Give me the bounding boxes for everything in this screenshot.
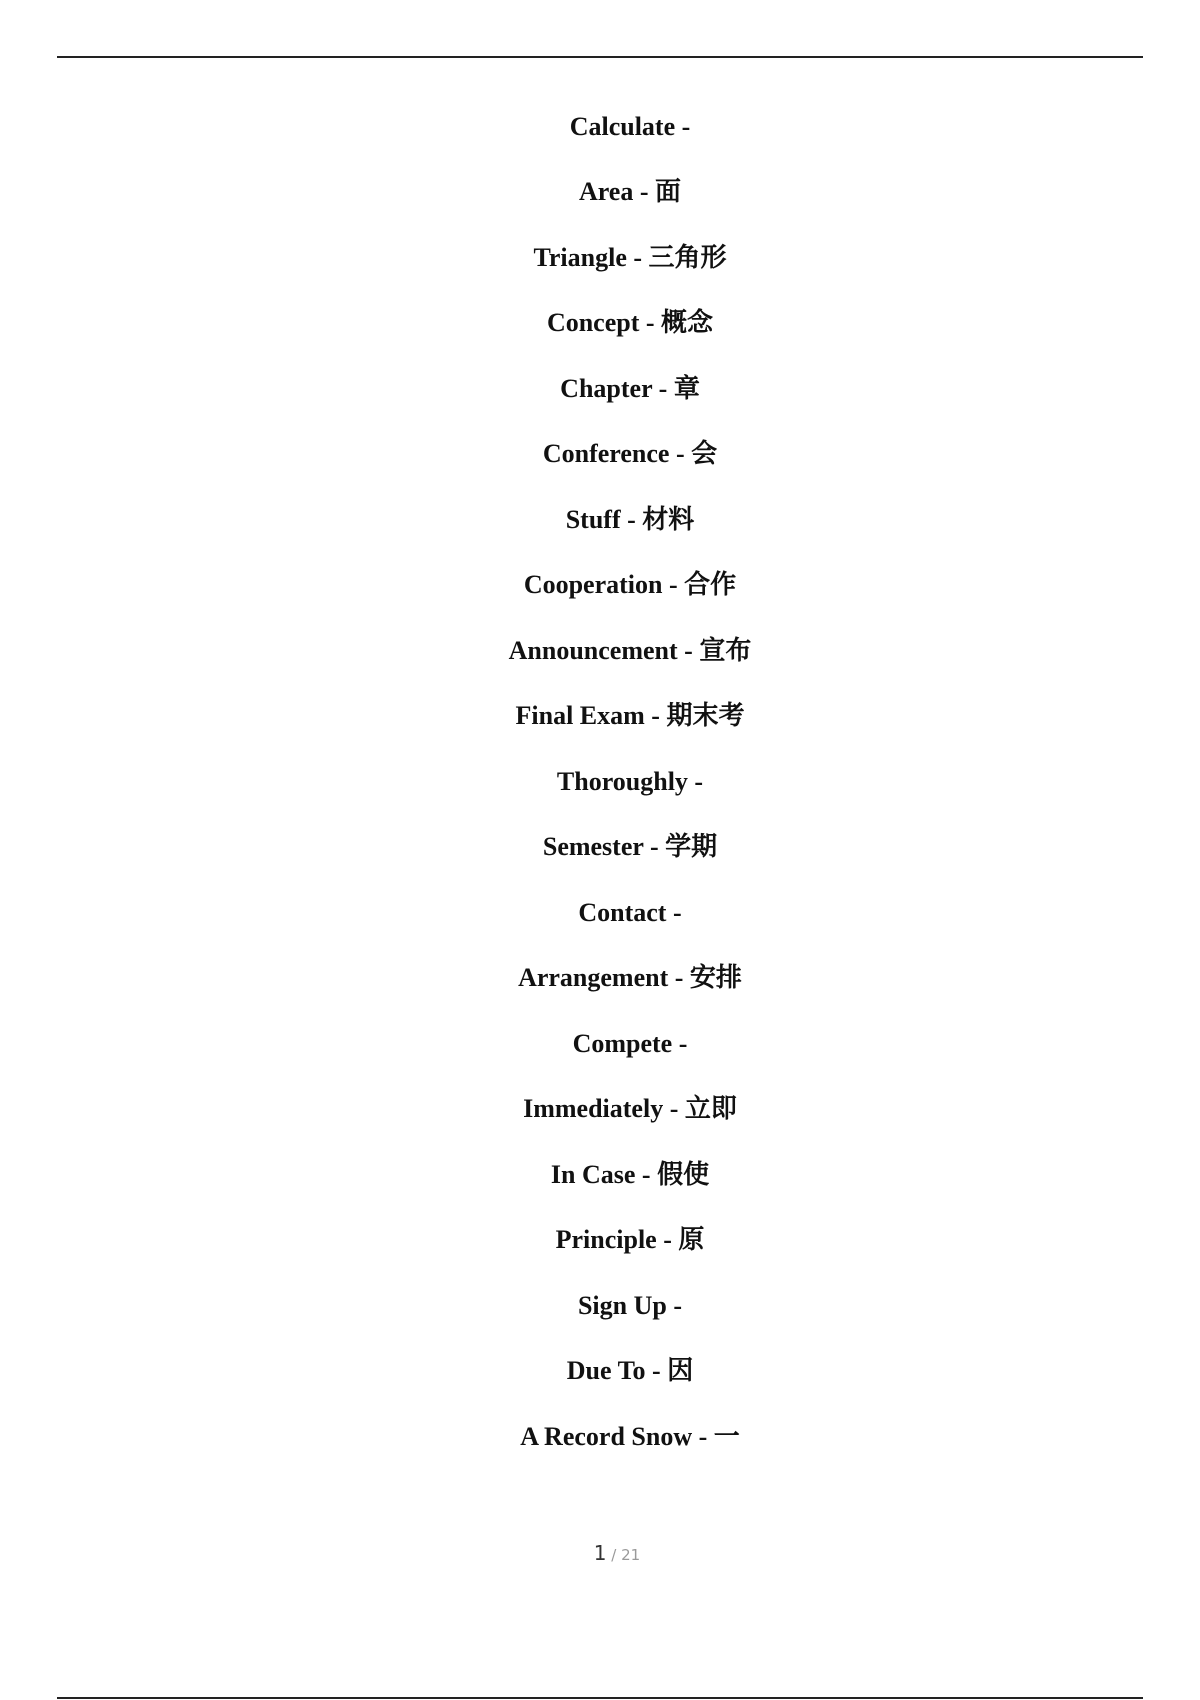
separator: - (678, 636, 700, 665)
vocab-entry: Due To - 因 (0, 1356, 1200, 1386)
vocab-entry: Calculate - (0, 112, 1200, 142)
vocab-entry: In Case - 假使 (0, 1160, 1200, 1190)
english-term: Due To (567, 1356, 646, 1385)
separator: - (675, 112, 690, 141)
vocab-entry: Immediately - 立即 (0, 1094, 1200, 1124)
separator: - (657, 1225, 679, 1254)
chinese-term: 假使 (657, 1160, 709, 1190)
english-term: Final Exam (516, 701, 645, 730)
vocab-entry: Concept - 概念 (0, 308, 1200, 338)
chinese-term: 期末考 (666, 701, 744, 731)
chinese-term: 原 (678, 1225, 704, 1255)
english-term: Concept (547, 308, 639, 337)
separator: - (633, 177, 655, 206)
english-term: In Case (551, 1160, 636, 1189)
current-page: 1 (594, 1541, 607, 1565)
english-term: Chapter (560, 374, 652, 403)
chinese-term: 会 (691, 439, 717, 469)
bottom-rule (57, 1697, 1143, 1699)
vocab-entry: Sign Up - (0, 1291, 1200, 1321)
vocab-entry: Area - 面 (0, 177, 1200, 207)
separator: - (692, 1422, 714, 1451)
chinese-term: 概念 (661, 308, 713, 338)
english-term: Calculate (570, 112, 675, 141)
separator: - (652, 374, 674, 403)
chinese-term: 一 (714, 1422, 740, 1452)
vocab-entry: Contact - (0, 898, 1200, 928)
separator: - (667, 1291, 682, 1320)
chinese-term: 合作 (684, 570, 736, 600)
separator: - (662, 570, 684, 599)
english-term: Stuff (566, 505, 621, 534)
chinese-term: 立即 (685, 1094, 737, 1124)
english-term: Cooperation (524, 570, 663, 599)
chinese-term: 章 (674, 374, 700, 404)
separator: - (621, 505, 643, 534)
separator: - (672, 1029, 687, 1058)
english-term: Sign Up (578, 1291, 667, 1320)
top-rule (57, 56, 1143, 58)
english-term: Immediately (523, 1094, 663, 1123)
chinese-term: 面 (655, 177, 681, 207)
vocab-entry: Conference - 会 (0, 439, 1200, 469)
chinese-term: 安排 (690, 963, 742, 993)
english-term: Thoroughly (557, 767, 688, 796)
english-term: Triangle (533, 243, 626, 272)
english-term: Arrangement (518, 963, 668, 992)
vocab-entry: A Record Snow - 一 (0, 1422, 1200, 1452)
english-term: Conference (543, 439, 670, 468)
english-term: Announcement (509, 636, 678, 665)
english-term: Principle (556, 1225, 657, 1254)
english-term: Semester (543, 832, 644, 861)
chinese-term: 学期 (665, 832, 717, 862)
english-term: Contact (578, 898, 666, 927)
chinese-term: 因 (667, 1356, 693, 1386)
separator: - (645, 701, 667, 730)
vocab-entry: Semester - 学期 (0, 832, 1200, 862)
separator: - (627, 243, 649, 272)
page-indicator: 1 / 21 (0, 1541, 1200, 1565)
chinese-term: 材料 (642, 505, 694, 535)
vocab-entry: Triangle - 三角形 (0, 243, 1200, 273)
separator: - (643, 832, 665, 861)
separator: - (669, 439, 691, 468)
separator: - (666, 898, 681, 927)
vocab-entry: Final Exam - 期末考 (0, 701, 1200, 731)
separator: - (639, 308, 661, 337)
separator: - (646, 1356, 668, 1385)
vocab-entry: Compete - (0, 1029, 1200, 1059)
vocab-entry: Announcement - 宣布 (0, 636, 1200, 666)
vocab-entry: Principle - 原 (0, 1225, 1200, 1255)
vocab-entry: Thoroughly - (0, 767, 1200, 797)
vocab-entry: Chapter - 章 (0, 374, 1200, 404)
vocab-entry: Arrangement - 安排 (0, 963, 1200, 993)
english-term: Area (579, 177, 633, 206)
separator: - (688, 767, 703, 796)
english-term: Compete (573, 1029, 673, 1058)
english-term: A Record Snow (520, 1422, 692, 1451)
separator: - (635, 1160, 657, 1189)
separator: - (663, 1094, 685, 1123)
vocab-entry: Stuff - 材料 (0, 505, 1200, 535)
total-pages: 21 (621, 1546, 640, 1564)
chinese-term: 三角形 (649, 243, 727, 273)
chinese-term: 宣布 (699, 636, 751, 666)
page-separator: / (607, 1546, 622, 1564)
separator: - (668, 963, 690, 992)
vocab-entry: Cooperation - 合作 (0, 570, 1200, 600)
